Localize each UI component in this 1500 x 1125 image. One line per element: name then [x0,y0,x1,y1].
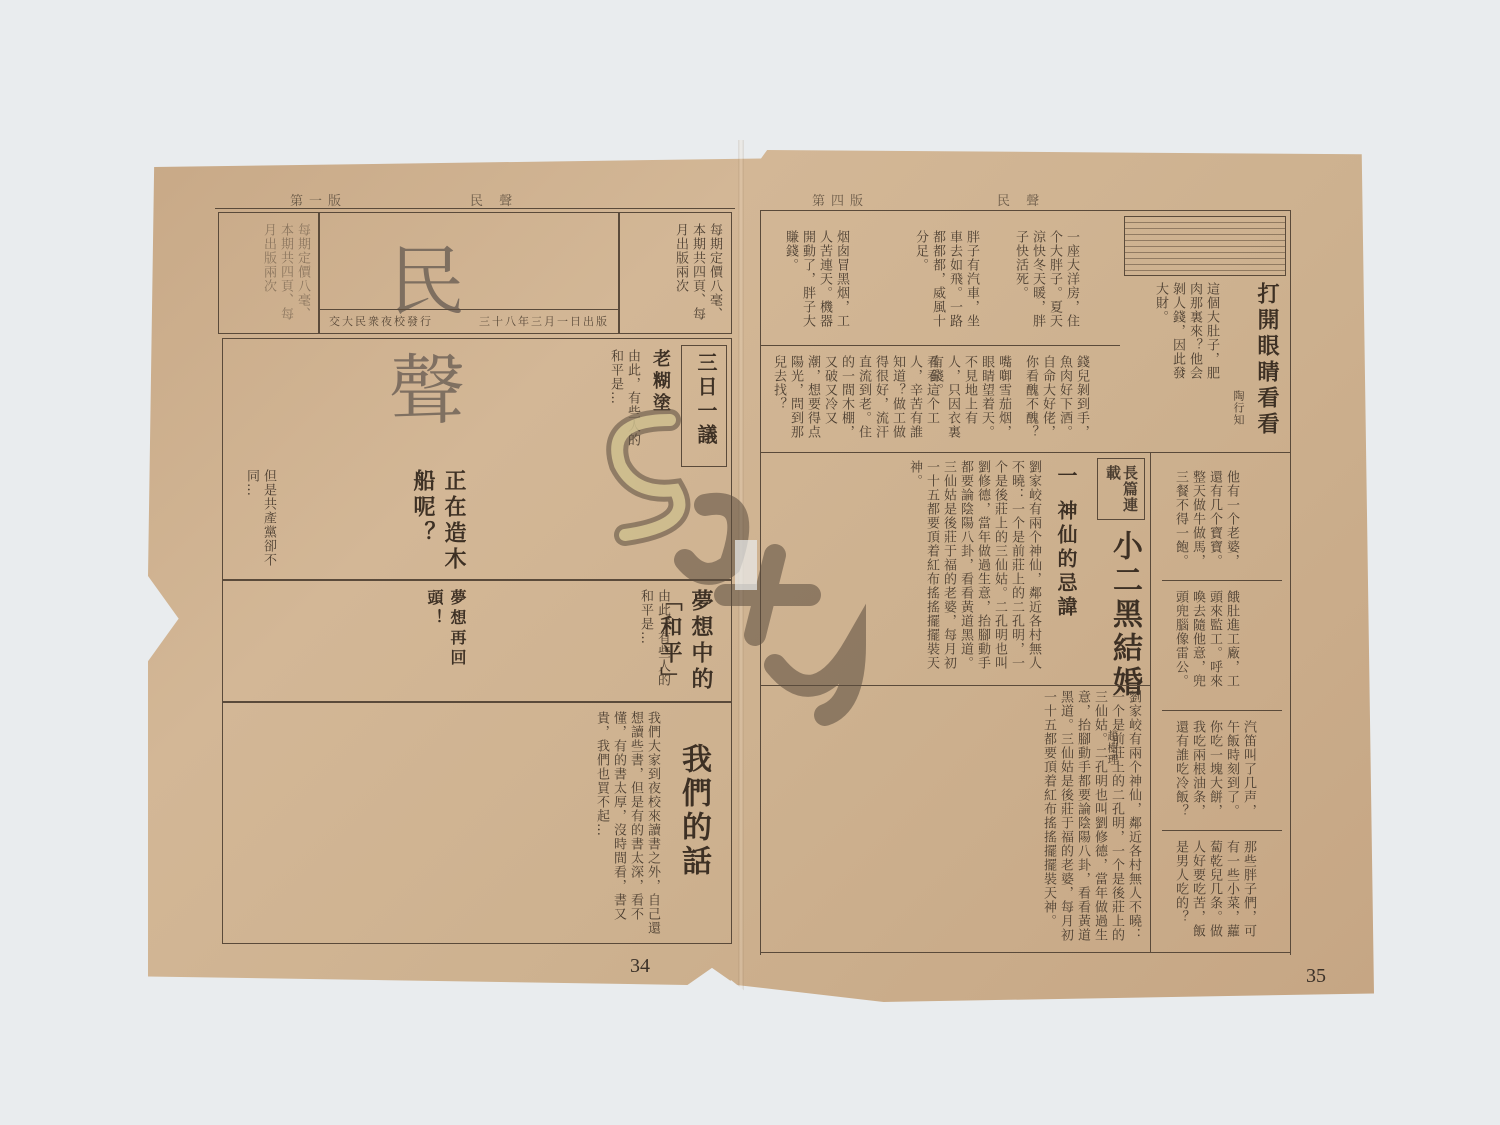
faded-notice: 每期定價八毫、本期共四頁、每月出版兩次 [260,223,311,323]
right-header-edition: 第四版 [812,190,869,209]
price-notice: 每期定價八毫、本期共四頁、每月出版兩次 [672,223,723,323]
divider [1162,710,1282,711]
left-header-title: 民 聲 [470,190,518,209]
poem-author: 陶行知 [1230,390,1247,426]
masthead-box: 民 聲 交大民衆夜校發行 三十八年三月一日出版 [318,212,620,334]
verse-3: 胖子有汽車，坐車去如飛。一路都都都，威風十分足。 [912,230,980,340]
poem-title: 打開眼睛看看 [1252,282,1283,438]
verse-11: 那些胖子們，可有一些小菜，蘿蔔乾兒几条。做人好要吃苦，飯是男人吃的？ [1172,840,1257,945]
paper-hole [735,540,757,590]
sjtu-watermark-icon [585,395,875,735]
our-words-section: 我們的話 我們大家到夜校來讀書之外，自己還想讀些書，但是有的書太深，看不懂，有的… [222,702,732,944]
verse-10: 汽笛叫了几声，午飯時刻到了。你吃一塊大餅，我吃兩根油条，還有誰吃冷飯？ [1172,720,1257,820]
dateline: 三十八年三月一日出版 [479,313,609,329]
divider [760,210,1290,211]
divider [760,952,1290,953]
divider [1150,452,1151,952]
divider [760,345,1120,346]
article-text: 我們大家到夜校來讀書之外，自己還想讀些書，但是有的書太深，看不懂，有的書太厚，沒… [241,711,661,936]
divider [1162,580,1282,581]
verse-1: 這個大肚子，肥肉那裏來？他会剝人錢，因此發大財。 [1152,282,1220,392]
serial-chapter: 一 神仙的忌諱 [1052,465,1081,620]
price-notice-box: 每期定價八毫、本期共四頁、每月出版兩次 [618,212,732,334]
verse-5: 錢兒剝到手，魚肉好下酒。自命大好佬，你看醜不醜？ [1022,355,1090,450]
verse-4: 烟囱冒黑烟，工人苦連天。機器開動了，胖子大賺錢。 [782,230,850,340]
verse-2: 一座大洋房，住个大胖子。夏天涼快冬天暖，胖子快活死。 [1012,230,1080,340]
right-header-title: 民 聲 [997,190,1045,209]
page-number-left: 34 [630,955,650,978]
divider [1162,830,1282,831]
left-notice-box: 每期定價八毫、本期共四頁、每月出版兩次 [218,212,320,334]
left-header-edition: 第一版 [290,190,347,209]
divider [319,309,619,310]
page-number-right: 35 [1306,965,1326,988]
verse-9: 餓肚進工廠，工頭來監工。呼來喚去隨他意，兜頭兜腦像雷公。 [1172,590,1240,700]
divider [215,208,735,209]
serial-label: 長篇連載 [1104,465,1138,519]
article-title: 夢想再回頭！ [423,589,469,701]
publisher: 交大民衆夜校發行 [329,313,433,329]
article-title: 我們的話 [671,743,715,879]
serial-label-box: 長篇連載 [1097,458,1145,520]
banner-illustration [1124,216,1286,276]
article-title: 正在造木船呢？ [408,469,470,579]
serial-title: 小二黑結婚 [1102,530,1146,700]
article-text: 但是共產黨卻不同… [243,469,277,569]
verse-8: 他有一个老婆，還有几个寶寶。整天做牛做馬，三餐不得一飽。 [1172,470,1240,570]
divider [1290,210,1291,955]
